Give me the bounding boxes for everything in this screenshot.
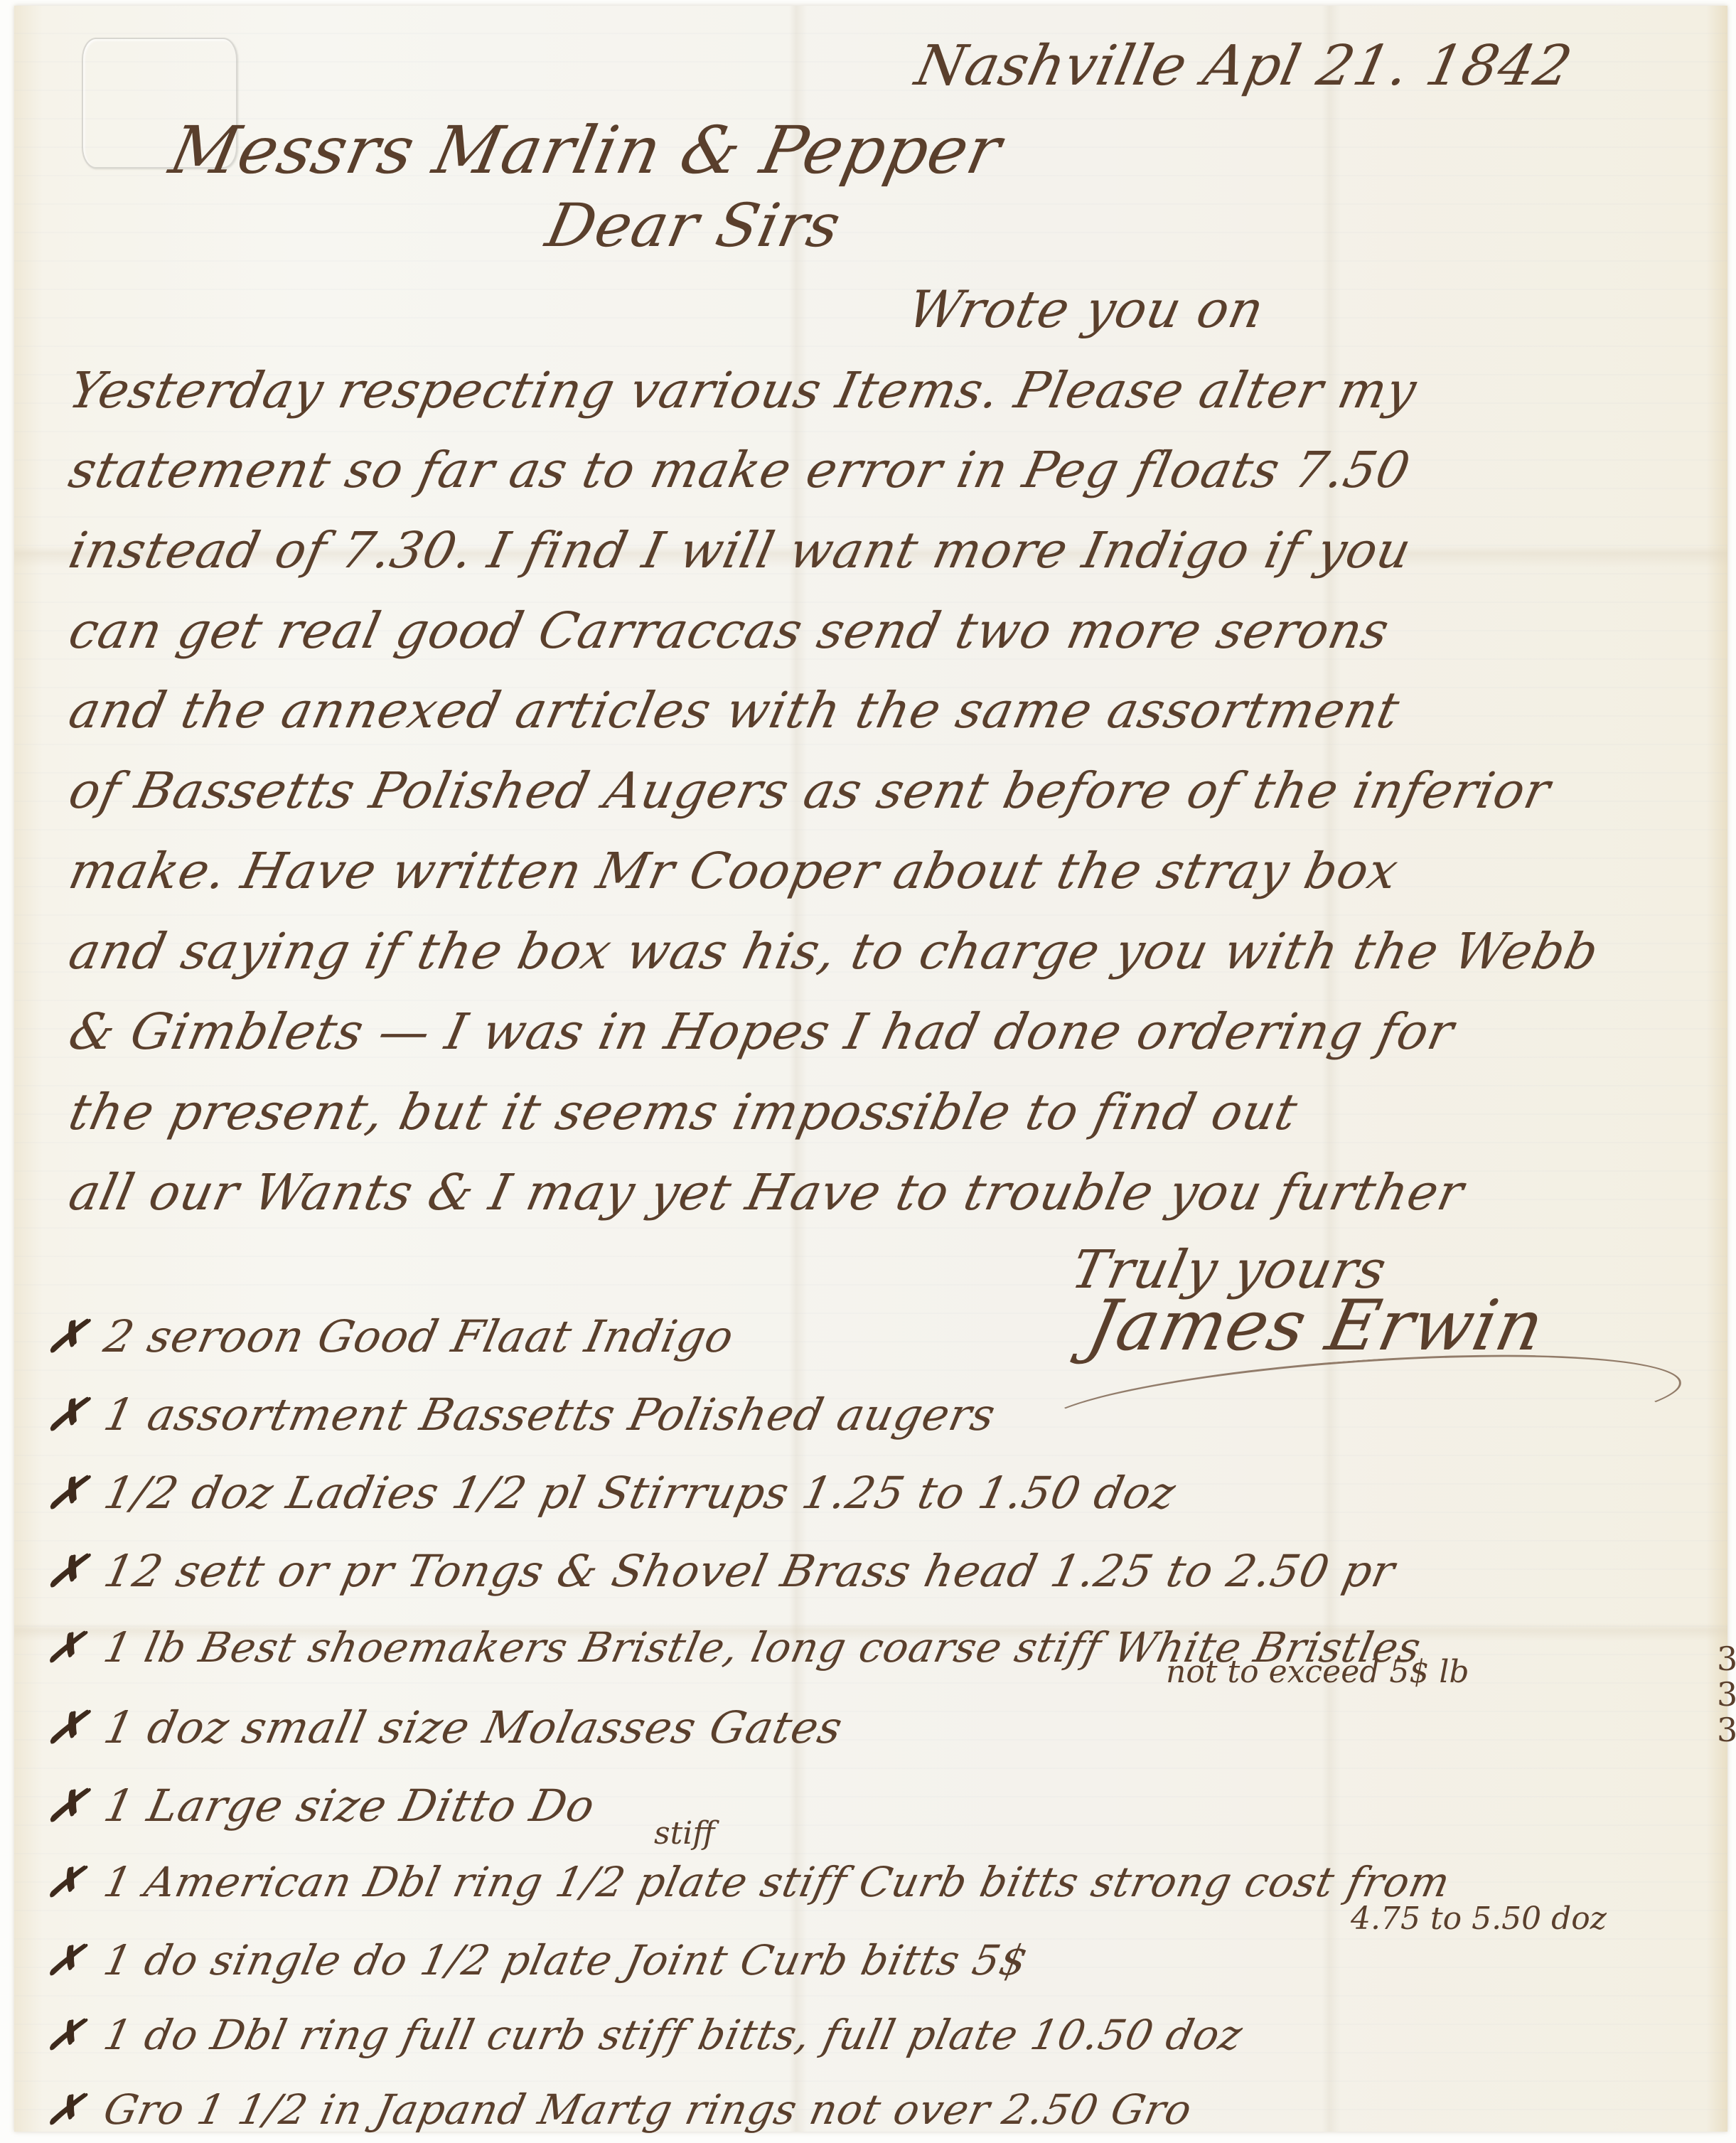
order-item-text: 1 doz small size Molasses Gates	[100, 1701, 847, 1753]
body-line: instead of 7.30. I find I will want more…	[64, 521, 1417, 579]
order-item-text: 1 do single do 1/2 plate Joint Curb bitt…	[100, 1936, 1032, 1984]
order-item-text: 1 Large size Ditto Do	[100, 1780, 600, 1832]
order-item: ✗1/2 doz Ladies 1/2 pl Stirrups 1.25 to …	[43, 1467, 1181, 1519]
order-item: ✗1 do Dbl ring full curb stiff bitts, fu…	[43, 2011, 1247, 2059]
body-line: and the annexed articles with the same a…	[64, 681, 1405, 739]
body-line: all our Wants & I may yet Have to troubl…	[64, 1163, 1469, 1222]
body-line: can get real good Carraccas send two mor…	[64, 602, 1395, 660]
body-line: statement so far as to make error in Peg…	[64, 441, 1415, 499]
margin-marks: 3 3 3	[1717, 1641, 1736, 1748]
check-mark-icon: ✗	[43, 1936, 109, 1984]
letter-sheet: Nashville Apl 21. 1842 Messrs Marlin & P…	[14, 6, 1727, 2132]
order-item: ✗12 sett or pr Tongs & Shovel Brass head…	[43, 1545, 1400, 1597]
greeting: Dear Sirs	[540, 191, 847, 260]
order-item-text: 1/2 doz Ladies 1/2 pl Stirrups 1.25 to 1…	[100, 1467, 1181, 1519]
margin-mark: 3	[1717, 1712, 1736, 1748]
body-line: the present, but it seems impossible to …	[64, 1083, 1303, 1141]
bristle-note: not to exceed 5$ lb	[1166, 1654, 1469, 1690]
margin-mark: 3	[1717, 1677, 1736, 1712]
dateline: Nashville Apl 21. 1842	[910, 34, 1577, 98]
order-item: ✗1 Large size Ditto Do	[43, 1780, 600, 1832]
salutation: Messrs Marlin & Pepper	[164, 112, 1008, 188]
stiff-insert-note: stiff	[654, 1815, 715, 1851]
order-item-text: 1 American Dbl ring 1/2 plate stiff Curb…	[100, 1858, 1454, 1906]
check-mark-icon: ✗	[43, 1623, 109, 1672]
check-mark-icon: ✗	[43, 2011, 109, 2059]
curb-price-note: 4.75 to 5.50 doz	[1351, 1901, 1607, 1937]
order-item: ✗1 American Dbl ring 1/2 plate stiff Cur…	[43, 1858, 1454, 1906]
order-item: ✗2 seroon Good Flaat Indigo	[43, 1310, 739, 1362]
order-item-text: 1 do Dbl ring full curb stiff bitts, ful…	[100, 2011, 1247, 2059]
order-item: ✗1 doz small size Molasses Gates	[43, 1701, 847, 1753]
order-item-text: 2 seroon Good Flaat Indigo	[100, 1310, 739, 1362]
body-line: & Gimblets — I was in Hopes I had done o…	[64, 1003, 1459, 1061]
body-line: Yesterday respecting various Items. Plea…	[64, 361, 1422, 419]
margin-mark: 3	[1717, 1641, 1736, 1677]
body-line: of Bassetts Polished Augers as sent befo…	[64, 761, 1555, 820]
order-item-text: 12 sett or pr Tongs & Shovel Brass head …	[100, 1545, 1400, 1597]
order-item: ✗1 do single do 1/2 plate Joint Curb bit…	[43, 1936, 1032, 1984]
check-mark-icon: ✗	[43, 1858, 109, 1906]
body-line: Wrote you on	[903, 279, 1270, 339]
body-line: make. Have written Mr Cooper about the s…	[64, 842, 1403, 900]
order-item: ✗Gro 1 1/2 in Japand Martg rings not ove…	[43, 2085, 1196, 2134]
check-mark-icon: ✗	[43, 2085, 109, 2134]
order-item-text: Gro 1 1/2 in Japand Martg rings not over…	[100, 2085, 1196, 2134]
body-line: and saying if the box was his, to charge…	[64, 922, 1604, 980]
order-item: ✗1 assortment Bassetts Polished augers	[43, 1389, 1000, 1441]
order-item-text: 1 assortment Bassetts Polished augers	[100, 1389, 1000, 1441]
